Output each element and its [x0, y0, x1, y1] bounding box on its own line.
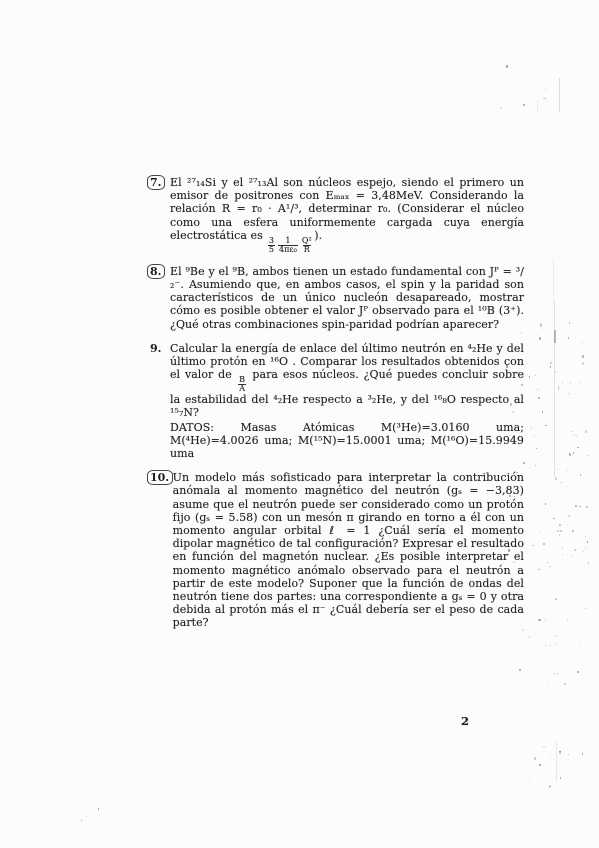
problem-10-number-label: 10.: [147, 470, 173, 485]
fraction-three-fifths: 35: [268, 237, 275, 254]
problem-10-text-1: Un modelo más sofisticado para interpret…: [173, 471, 524, 629]
problem-9-text: Calcular la energía de enlace del último…: [170, 342, 524, 460]
problem-8-text-1: El ⁹Be y el ⁹B, ambos tienen un estado f…: [170, 265, 524, 331]
problem-9-number-label: 9.: [150, 342, 161, 355]
problem-9-data-line: DATOS: Masas Atómicas M(³He)=3.0160 uma;…: [170, 421, 524, 461]
problem-8-number: 8.: [150, 265, 170, 331]
scan-streak: [554, 302, 555, 477]
problem-7-number: 7.: [150, 176, 170, 254]
scan-streak: [553, 258, 554, 304]
problem-10-number: 10.: [150, 471, 173, 629]
problem-7-text-2: ).: [314, 229, 322, 242]
scan-streak: [554, 330, 556, 343]
problem-8: 8. El ⁹Be y el ⁹B, ambos tienen un estad…: [150, 265, 524, 331]
scan-streak: [559, 78, 560, 112]
problem-9: 9. Calcular la energía de enlace del últ…: [150, 342, 524, 460]
scan-streak: [537, 100, 538, 112]
problem-7-number-label: 7.: [147, 175, 165, 190]
problem-8-number-label: 8.: [147, 264, 165, 279]
fraction-charge-radius: Q²R: [301, 237, 313, 254]
problem-9-number: 9.: [150, 342, 170, 460]
problem-list: 7. El ²⁷₁₄Si y el ²⁷₁₃Al son núcleos esp…: [150, 176, 524, 641]
scanned-page: 7. El ²⁷₁₄Si y el ²⁷₁₃Al son núcleos esp…: [0, 0, 599, 848]
fraction-binding-energy-per-nucleon: BA: [238, 376, 246, 393]
fraction-coulomb-constant: 14πε₀: [278, 237, 298, 254]
scan-streak: [556, 742, 557, 782]
problem-7-text-1: El ²⁷₁₄Si y el ²⁷₁₃Al son núcleos espejo…: [170, 176, 524, 242]
problem-10-text: Un modelo más sofisticado para interpret…: [173, 471, 524, 629]
problem-10: 10. Un modelo más sofisticado para inter…: [150, 471, 524, 629]
problem-8-text: El ⁹Be y el ⁹B, ambos tienen un estado f…: [170, 265, 524, 331]
problem-7-text: El ²⁷₁₄Si y el ²⁷₁₃Al son núcleos espejo…: [170, 176, 524, 254]
problem-7: 7. El ²⁷₁₄Si y el ²⁷₁₃Al son núcleos esp…: [150, 176, 524, 254]
page-number: 2: [461, 714, 469, 728]
